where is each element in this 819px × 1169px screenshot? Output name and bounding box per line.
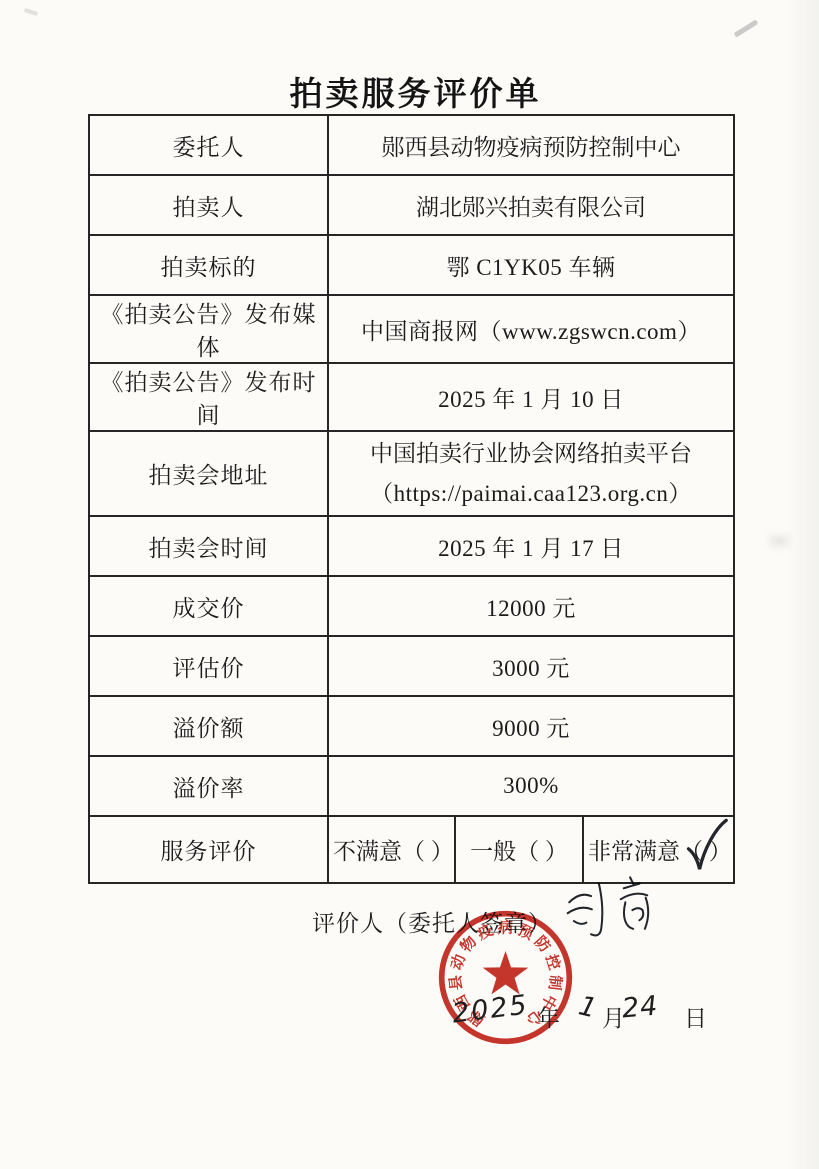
table-row-hammer-price: 成交价 12000 元 xyxy=(89,576,734,636)
svg-text:控: 控 xyxy=(542,952,564,973)
table-row-appraised-price: 评估价 3000 元 xyxy=(89,636,734,696)
scan-artifact xyxy=(24,8,39,16)
svg-text:动: 动 xyxy=(448,952,469,972)
rating-option-unsatisfied: 不满意（ ） xyxy=(328,816,455,883)
field-value: 湖北郧兴拍卖有限公司 xyxy=(328,175,734,235)
official-seal-stamp: 郧西县动物疫病预防控制中心 xyxy=(436,896,575,1059)
table-row-auction-subject: 拍卖标的 鄂 C1YK05 车辆 xyxy=(89,235,734,295)
field-label: 《拍卖公告》发布媒体 xyxy=(89,295,328,363)
field-label: 拍卖标的 xyxy=(89,235,328,295)
table-row-announcement-date: 《拍卖公告》发布时间 2025 年 1 月 10 日 xyxy=(89,363,734,431)
evaluation-table: 委托人 郧西县动物疫病预防控制中心 拍卖人 湖北郧兴拍卖有限公司 拍卖标的 鄂 … xyxy=(88,114,735,884)
table-row-premium-amount: 溢价额 9000 元 xyxy=(89,696,734,756)
svg-text:预: 预 xyxy=(515,921,537,944)
star-icon xyxy=(483,951,529,994)
field-value: 300% xyxy=(328,756,734,816)
scanned-document-page: 拍卖服务评价单 委托人 郧西县动物疫病预防控制中心 拍卖人 湖北郧兴拍卖有限公司… xyxy=(0,0,819,1169)
year-unit: 年 xyxy=(537,1000,560,1033)
field-value: 中国拍卖行业协会网络拍卖平台 （https://paimai.caa123.or… xyxy=(328,431,734,516)
rating-option-label: 非常满意（ ） xyxy=(588,839,732,864)
field-label: 服务评价 xyxy=(89,816,328,883)
field-value: 9000 元 xyxy=(328,696,734,756)
field-label: 委托人 xyxy=(89,115,328,175)
scan-artifact xyxy=(770,536,788,546)
day-unit: 日 xyxy=(684,1000,707,1033)
field-label: 拍卖会地址 xyxy=(89,431,328,516)
document-title: 拍卖服务评价单 xyxy=(6,68,819,115)
table-row-announcement-media: 《拍卖公告》发布媒体 中国商报网（www.zgswcn.com） xyxy=(89,295,734,363)
scan-artifact xyxy=(734,19,759,37)
table-row-auctioneer: 拍卖人 湖北郧兴拍卖有限公司 xyxy=(89,175,734,235)
field-label: 拍卖人 xyxy=(89,175,328,235)
handwritten-day: 24 xyxy=(621,990,660,1024)
auction-platform-url: （https://paimai.caa123.org.cn） xyxy=(333,474,729,514)
field-value: 郧西县动物疫病预防控制中心 xyxy=(328,115,734,175)
table-row-consignor: 委托人 郧西县动物疫病预防控制中心 xyxy=(89,115,734,175)
field-label: 拍卖会时间 xyxy=(89,516,328,576)
table-row-auction-address: 拍卖会地址 中国拍卖行业协会网络拍卖平台 （https://paimai.caa… xyxy=(89,431,734,516)
field-value: 12000 元 xyxy=(328,576,734,636)
table-row-auction-date: 拍卖会时间 2025 年 1 月 17 日 xyxy=(89,516,734,576)
field-value: 2025 年 1 月 17 日 xyxy=(328,516,734,576)
field-value: 中国商报网（www.zgswcn.com） xyxy=(328,295,734,363)
handwritten-month: 1 xyxy=(576,990,600,1024)
field-value: 2025 年 1 月 10 日 xyxy=(328,363,734,431)
field-label: 评估价 xyxy=(89,636,328,696)
svg-text:病: 病 xyxy=(498,919,513,937)
svg-text:制: 制 xyxy=(545,974,563,991)
field-value: 3000 元 xyxy=(328,636,734,696)
field-label: 成交价 xyxy=(89,576,328,636)
svg-text:县: 县 xyxy=(447,974,465,991)
field-value: 鄂 C1YK05 车辆 xyxy=(328,235,734,295)
field-label: 溢价额 xyxy=(89,696,328,756)
field-label: 溢价率 xyxy=(89,756,328,816)
table-row-premium-rate: 溢价率 300% xyxy=(89,756,734,816)
svg-text:疫: 疫 xyxy=(474,920,497,943)
field-label: 《拍卖公告》发布时间 xyxy=(89,363,328,431)
auction-platform-name: 中国拍卖行业协会网络拍卖平台 xyxy=(333,434,729,474)
